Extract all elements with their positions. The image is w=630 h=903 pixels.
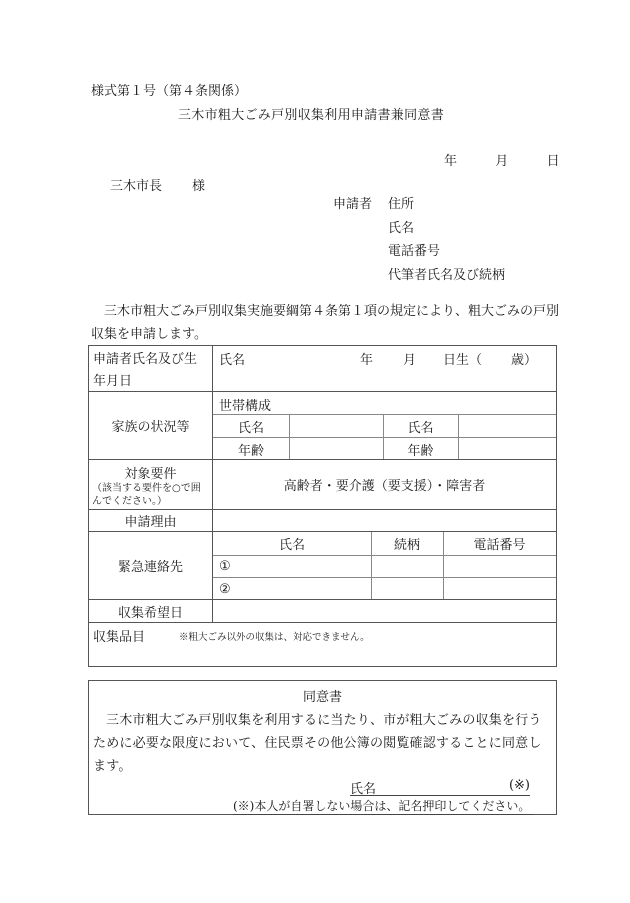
eligibility-label: 対象要件 — [89, 463, 212, 482]
reason-row: 申請理由 — [89, 509, 556, 531]
addressee-name: 三木市長 — [110, 179, 162, 194]
consent-signature-field[interactable]: 氏名 (※) — [350, 778, 530, 796]
emergency-contact-1: ① — [213, 555, 556, 577]
family-name-input-2[interactable] — [458, 415, 556, 437]
reason-input[interactable] — [213, 510, 556, 531]
family-age-input-1[interactable] — [289, 438, 383, 460]
emergency-relation-input-2[interactable] — [371, 578, 443, 600]
birth-day-label: 日生（ — [443, 349, 482, 368]
applicant-fields: 住所 氏名 電話番号 代筆者氏名及び続柄 — [388, 193, 505, 287]
signature-label: 氏名 — [350, 782, 376, 797]
household-label: 世帯構成 — [219, 395, 271, 414]
consent-footnote: (※)本人が自署しない場合は、記名押印してください。 — [233, 797, 534, 815]
emergency-col-relation: 続柄 — [371, 532, 443, 555]
family-values: 世帯構成 氏名 氏名 年齢 年齢 — [213, 392, 556, 459]
collection-items-row[interactable]: 収集品目 ※粗大ごみ以外の収集は、対応できません。 — [89, 622, 556, 666]
date-day-label: 日 — [547, 150, 560, 169]
family-age-label-1: 年齢 — [213, 438, 289, 460]
emergency-col-name: 氏名 — [213, 532, 371, 555]
family-age-label-2: 年齢 — [383, 438, 458, 460]
collection-items-note: ※粗大ごみ以外の収集は、対応できません。 — [179, 629, 370, 643]
eligibility-note: （該当する要件を○で囲んでください。） — [89, 482, 212, 508]
date-field[interactable]: 年 月 日 — [444, 150, 560, 169]
family-row: 家族の状況等 世帯構成 氏名 氏名 年齢 年齢 — [89, 391, 556, 459]
applicant-phone-field[interactable]: 電話番号 — [388, 240, 505, 264]
birth-month-label: 月 — [403, 349, 416, 368]
emergency-phone-input-1[interactable] — [443, 556, 556, 577]
addressee-suffix: 様 — [192, 179, 205, 194]
consent-box: 同意書 三木市粗大ごみ戸別収集を利用するに当たり、市が粗大ごみの収集を行うために… — [88, 680, 557, 815]
family-name-row: 氏名 氏名 — [213, 414, 556, 437]
emergency-phone-input-2[interactable] — [443, 578, 556, 600]
family-age-row: 年齢 年齢 — [213, 437, 556, 460]
document-title: 三木市粗大ごみ戸別収集利用申請書兼同意書 — [178, 104, 444, 123]
collection-date-label: 収集希望日 — [89, 600, 213, 622]
applicant-birth-label: 申請者氏名及び生年月日 — [89, 346, 213, 391]
reason-label: 申請理由 — [89, 510, 213, 531]
consent-text: 三木市粗大ごみ戸別収集を利用するに当たり、市が粗大ごみの収集を行うために必要な限… — [93, 713, 542, 774]
emergency-contact-2: ② — [213, 577, 556, 600]
consent-body: 三木市粗大ごみ戸別収集を利用するに当たり、市が粗大ごみの収集を行うために必要な限… — [93, 709, 552, 778]
collection-date-row: 収集希望日 — [89, 599, 556, 622]
applicant-address-field[interactable]: 住所 — [388, 193, 505, 217]
emergency-col-phone: 電話番号 — [443, 532, 556, 555]
emergency-relation-input-1[interactable] — [371, 556, 443, 577]
date-year-label: 年 — [444, 150, 457, 169]
family-name-label-2: 氏名 — [383, 415, 458, 437]
emergency-contact-label: 緊急連絡先 — [89, 532, 213, 599]
eligibility-options[interactable]: 高齢者・要介護（要支援）・障害者 — [213, 460, 556, 509]
form-number: 様式第１号（第４条関係） — [91, 80, 247, 99]
applicant-name-field[interactable]: 氏名 — [388, 217, 505, 241]
applicant-birth-row: 申請者氏名及び生年月日 氏名 年 月 日生（ 歳） — [89, 346, 556, 391]
emergency-header-row: 氏名 続柄 電話番号 — [213, 532, 556, 555]
emergency-name-input-1[interactable]: ① — [219, 556, 369, 577]
date-month-label: 月 — [495, 150, 508, 169]
intro-paragraph: 三木市粗大ごみ戸別収集実施要綱第４条第１項の規定により、粗大ごみの戸別収集を申請… — [91, 300, 561, 346]
eligibility-row: 対象要件 （該当する要件を○で囲んでください。） 高齢者・要介護（要支援）・障害… — [89, 459, 556, 509]
birth-year-label: 年 — [360, 349, 373, 368]
family-age-input-2[interactable] — [458, 438, 556, 460]
eligibility-label-cell: 対象要件 （該当する要件を○で囲んでください。） — [89, 460, 213, 509]
consent-title: 同意書 — [89, 686, 556, 705]
proxy-name-relation-field[interactable]: 代筆者氏名及び続柄 — [388, 264, 505, 288]
name-label: 氏名 — [219, 349, 245, 368]
family-label: 家族の状況等 — [89, 392, 213, 459]
collection-items-label: 収集品目 — [93, 626, 145, 645]
applicant-label: 申請者 — [333, 193, 372, 212]
family-name-label-1: 氏名 — [213, 415, 289, 437]
application-table: 申請者氏名及び生年月日 氏名 年 月 日生（ 歳） 家族の状況等 世帯構成 氏名… — [88, 345, 557, 667]
emergency-contact-row: 緊急連絡先 氏名 続柄 電話番号 ① ② — [89, 531, 556, 599]
family-name-input-1[interactable] — [289, 415, 383, 437]
emergency-contact-grid: 氏名 続柄 電話番号 ① ② — [213, 532, 556, 599]
emergency-name-input-2[interactable]: ② — [219, 578, 369, 600]
collection-date-input[interactable] — [213, 600, 556, 622]
signature-mark: (※) — [509, 778, 530, 793]
applicant-birth-input[interactable]: 氏名 年 月 日生（ 歳） — [213, 346, 556, 391]
addressee: 三木市長様 — [110, 175, 205, 194]
age-label: 歳） — [511, 349, 537, 368]
intro-text: 三木市粗大ごみ戸別収集実施要綱第４条第１項の規定により、粗大ごみの戸別収集を申請… — [91, 304, 559, 342]
